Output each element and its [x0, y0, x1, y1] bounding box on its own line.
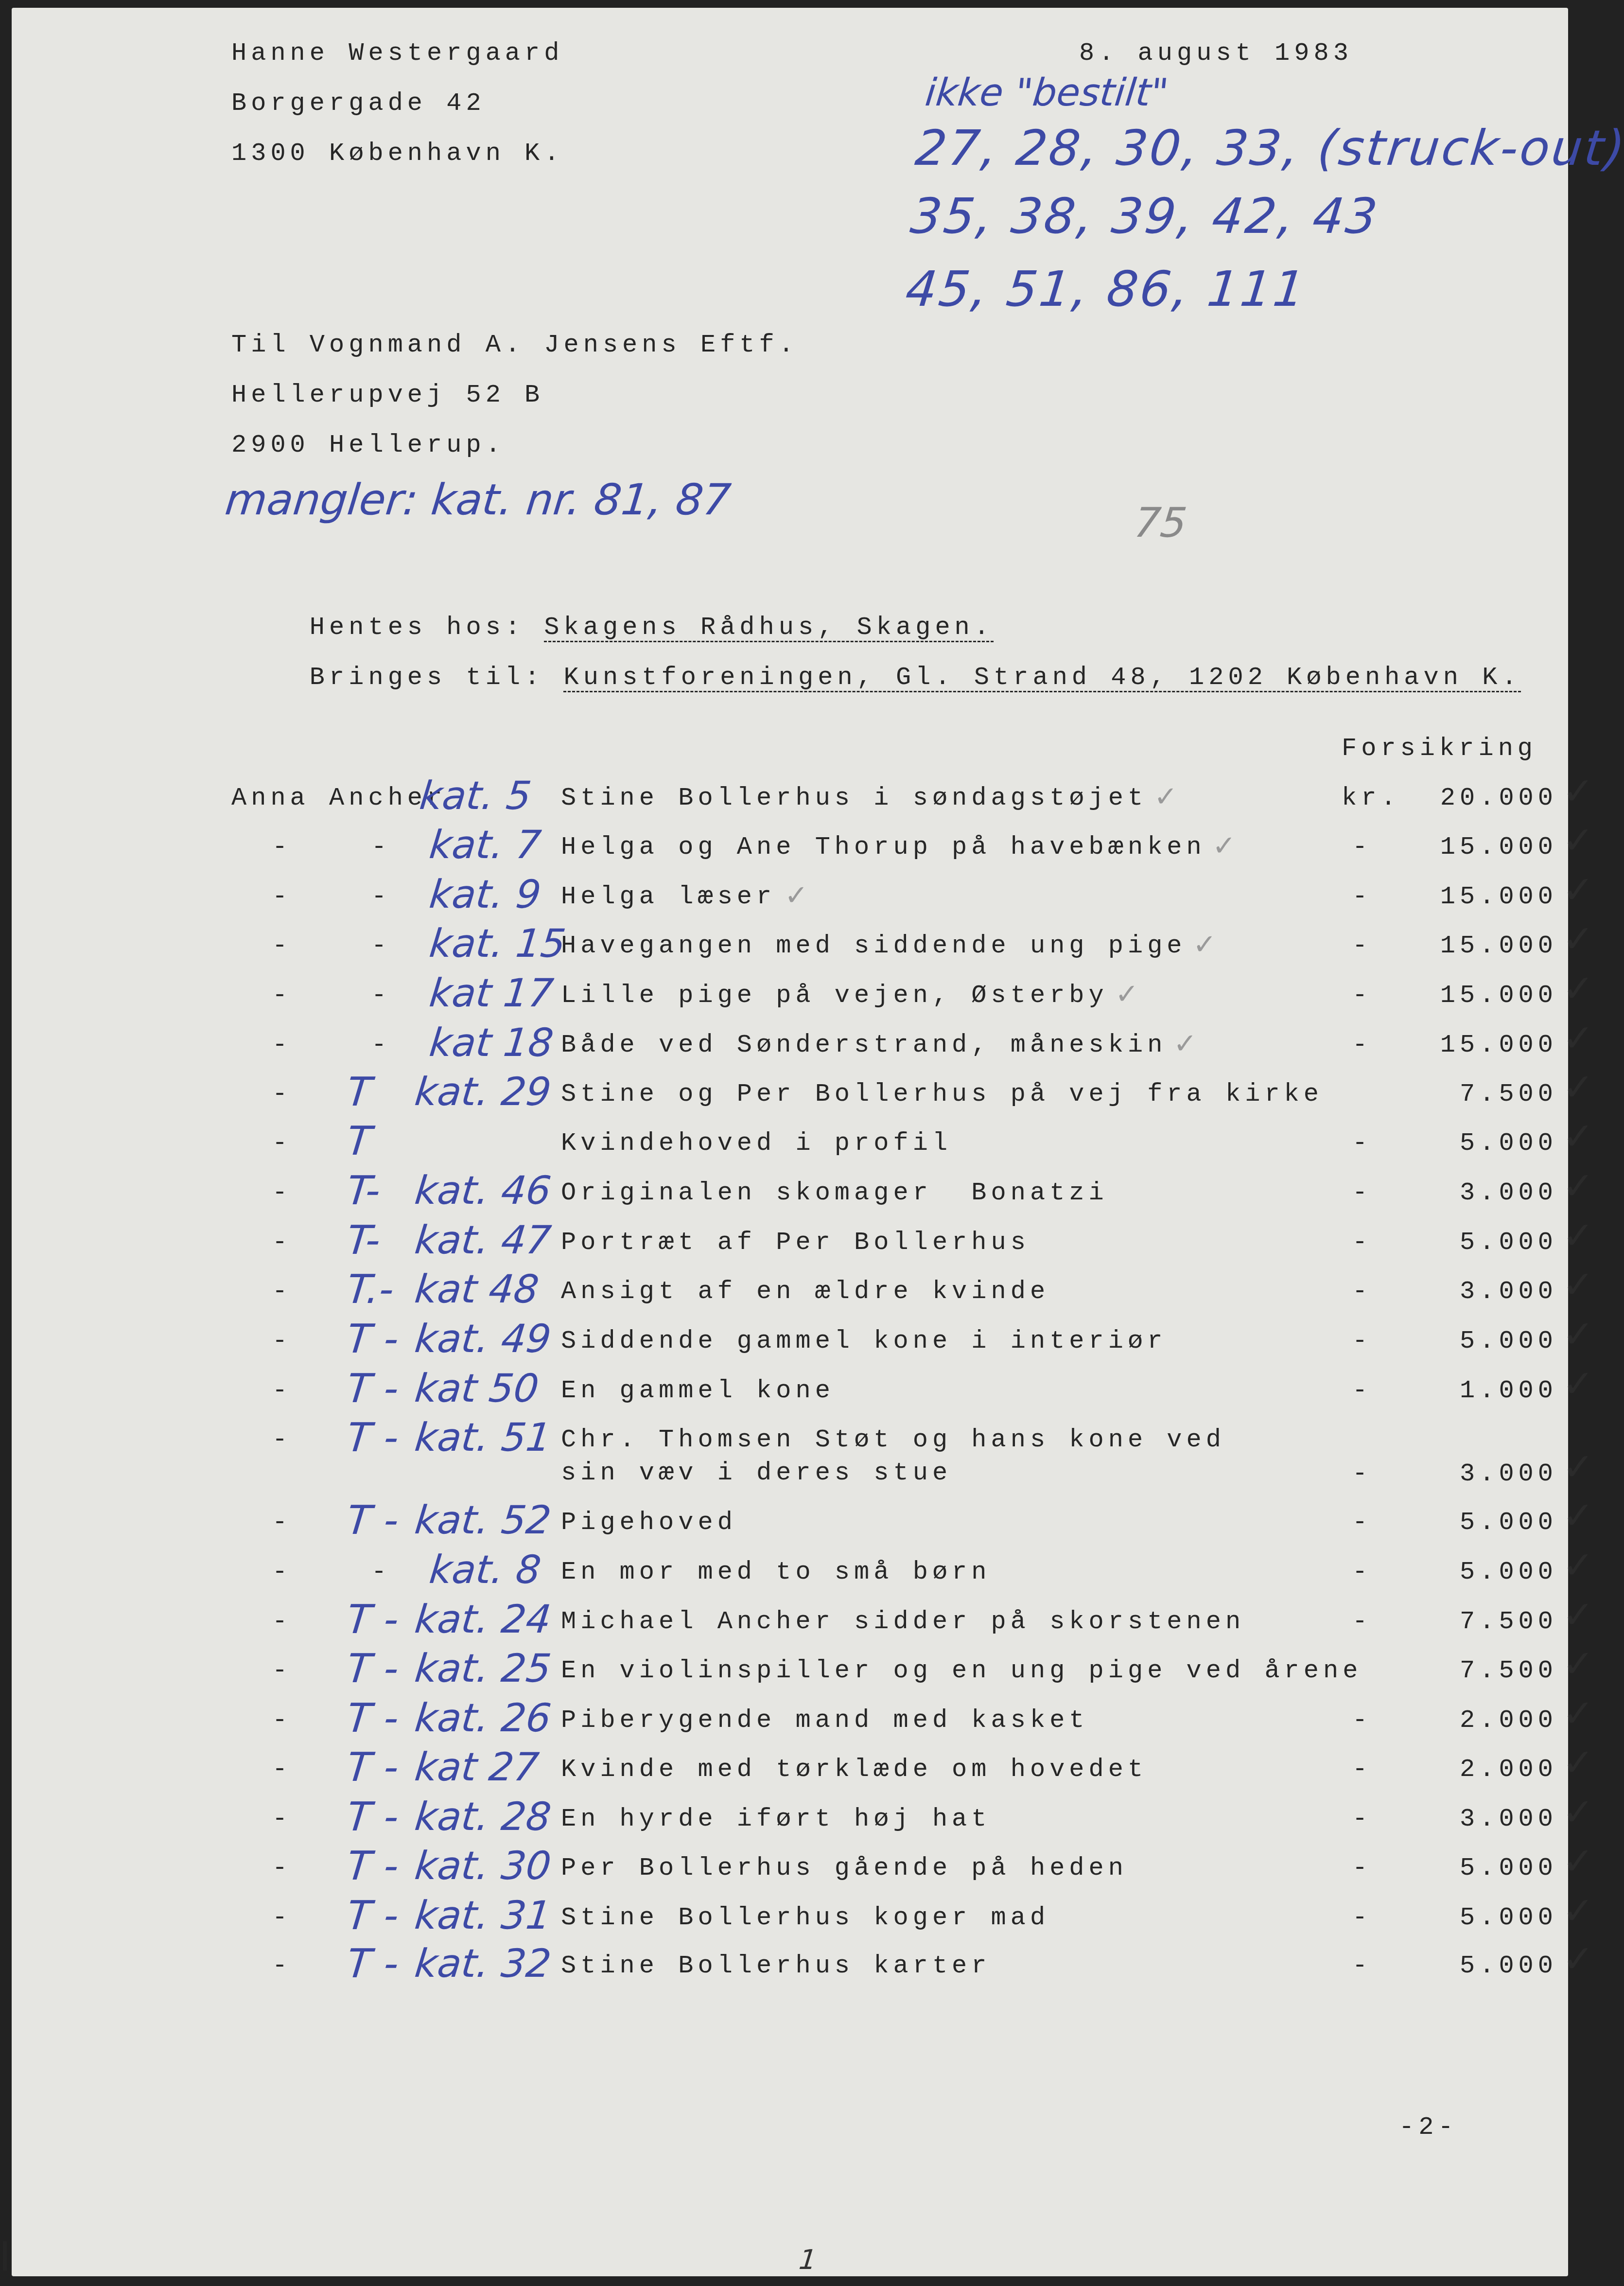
ditto-dash: - [371, 833, 391, 862]
insurance-amount: 5.000 [1397, 1228, 1557, 1257]
handwritten-t-mark: T - [345, 1366, 401, 1412]
insurance-amount: 5.000 [1397, 1952, 1557, 1981]
ditto-dash: - [1352, 1460, 1372, 1489]
ditto-dash: - [272, 1952, 292, 1981]
sender-name: Hanne Westergaard [231, 39, 564, 68]
insurance-amount: 5.000 [1397, 1508, 1557, 1537]
handwritten-t-mark: T- [345, 1168, 383, 1214]
check-icon: ✓ [1562, 826, 1594, 855]
ditto-dash: - [1352, 1228, 1372, 1257]
check-icon: ✓ [1562, 1551, 1594, 1580]
pencil-check-icon: ✓ [1154, 782, 1178, 811]
handwritten-catalogue-number: kat. 49 [413, 1316, 553, 1361]
ditto-dash: - [272, 1706, 292, 1735]
insurance-amount: 3.000 [1397, 1178, 1557, 1208]
delivery-label: Bringes til: [310, 663, 544, 692]
handwritten-numbers-line-1: 27, 28, 30, 33, (struck-out) [913, 120, 1624, 176]
insurance-amount: 7.500 [1397, 1607, 1557, 1636]
ditto-dash: - [1352, 1805, 1372, 1834]
handwritten-t-mark: T - [345, 1794, 401, 1840]
ditto-dash: - [1352, 882, 1372, 912]
handwritten-catalogue-number: kat. 15 [427, 921, 568, 966]
ditto-dash: - [272, 981, 292, 1010]
insurance-amount: 15.000 [1397, 833, 1557, 862]
handwritten-catalogue-number: kat. 52 [413, 1497, 553, 1543]
ditto-dash: - [272, 1080, 292, 1109]
handwritten-t-mark: T - [345, 1695, 401, 1741]
ditto-dash: - [1352, 1558, 1372, 1587]
handwritten-catalogue-number: kat. 8 [427, 1547, 543, 1592]
handwritten-t-mark: T - [345, 1597, 401, 1643]
insurance-amount: 2.000 [1397, 1706, 1557, 1735]
insurance-amount: 15.000 [1397, 882, 1557, 912]
artist-name: Anna Ancher [231, 784, 446, 813]
ditto-dash: - [371, 981, 391, 1010]
pencil-check-icon: ✓ [1193, 930, 1217, 959]
check-icon: ✓ [1562, 1073, 1594, 1102]
artwork-title: Portræt af Per Bollerhus [561, 1228, 1030, 1257]
ditto-dash: - [272, 1854, 292, 1883]
check-icon: ✓ [1562, 1699, 1594, 1728]
ditto-dash: - [272, 1508, 292, 1537]
ditto-dash: - [1352, 1178, 1372, 1208]
delivery-line: Bringes til: Kunstforeningen, Gl. Strand… [231, 634, 1521, 721]
handwritten-t-mark: T.- [345, 1266, 396, 1313]
ditto-dash: - [272, 1277, 292, 1306]
recipient-street: Hellerupvej 52 B [231, 381, 544, 410]
check-icon: ✓ [1562, 1172, 1594, 1201]
artwork-title: Kvindehoved i profil [561, 1129, 952, 1158]
ditto-dash: - [272, 1178, 292, 1208]
handwritten-t-mark: T - [345, 1744, 401, 1791]
handwritten-numbers-line-2: 35, 38, 39, 42, 43 [908, 188, 1382, 245]
handwritten-catalogue-number: kat. 26 [413, 1695, 553, 1741]
ditto-dash: - [272, 1327, 292, 1356]
handwritten-catalogue-number: kat 50 [413, 1366, 541, 1411]
handwritten-catalogue-number: kat. 24 [413, 1597, 553, 1642]
check-icon: ✓ [1562, 1453, 1594, 1482]
delivery-location: Kunstforeningen, Gl. Strand 48, 1202 Køb… [564, 663, 1521, 692]
pencil-check-icon: ✓ [1212, 831, 1236, 860]
ditto-dash: - [272, 1558, 292, 1587]
handwritten-numbers-line-3: 45, 51, 86, 111 [903, 261, 1310, 317]
ditto-dash: - [272, 882, 292, 912]
insurance-amount: 5.000 [1397, 1903, 1557, 1933]
handwritten-catalogue-number: kat 18 [427, 1020, 556, 1065]
artwork-title: En violinspiller og en ung pige ved åren… [561, 1656, 1362, 1686]
artwork-title: Pigehoved [561, 1508, 737, 1537]
letter-date: 8. august 1983 [1079, 39, 1353, 68]
ditto-dash: - [1352, 1376, 1372, 1406]
ditto-dash: - [1352, 1129, 1372, 1158]
artwork-title: Piberygende mand med kasket [561, 1706, 1089, 1735]
handwritten-catalogue-number: kat. 31 [413, 1893, 553, 1938]
ditto-dash: - [371, 932, 391, 961]
handwritten-catalogue-number: kat. 25 [413, 1646, 553, 1691]
letter-page: Hanne Westergaard Borgergade 42 1300 Køb… [12, 8, 1568, 2276]
ditto-dash: - [272, 1755, 292, 1784]
check-icon: ✓ [1562, 1798, 1594, 1827]
handwritten-catalogue-number: kat. 30 [413, 1843, 553, 1888]
artwork-title: Både ved Sønderstrand, måneskin [561, 1031, 1167, 1060]
insurance-amount: 5.000 [1397, 1327, 1557, 1356]
ditto-dash: - [371, 1558, 391, 1587]
artwork-title: Per Bollerhus gående på heden [561, 1854, 1128, 1883]
artwork-title: En hyrde iført høj hat [561, 1805, 991, 1834]
handwritten-t-mark: T - [345, 1646, 401, 1692]
insurance-amount: 5.000 [1397, 1129, 1557, 1158]
insurance-amount: 15.000 [1397, 981, 1557, 1010]
check-icon: ✓ [1562, 1270, 1594, 1300]
ditto-dash: - [1352, 1952, 1372, 1981]
handwritten-t-mark: T - [345, 1843, 401, 1889]
ditto-dash: - [1352, 1755, 1372, 1784]
artwork-title-continued: sin væv i deres stue [561, 1459, 952, 1488]
ditto-dash: - [272, 1425, 292, 1455]
ditto-dash: - [272, 1656, 292, 1686]
check-icon: ✓ [1562, 1370, 1594, 1399]
artwork-title: Stine Bollerhus karter [561, 1952, 991, 1981]
artwork-title: Siddende gammel kone i interiør [561, 1327, 1167, 1356]
check-icon: ✓ [1562, 1221, 1594, 1250]
recipient-city: 2900 Hellerup. [231, 431, 505, 460]
insurance-amount: 3.000 [1397, 1460, 1557, 1489]
recipient-name: Til Vognmand A. Jensens Eftf. [231, 331, 798, 360]
handwritten-missing-note: mangler: kat. nr. 81, 87 [223, 475, 733, 525]
insurance-amount: 20.000 [1397, 784, 1557, 813]
check-icon: ✓ [1562, 1748, 1594, 1777]
handwritten-catalogue-number: kat. 28 [413, 1794, 553, 1839]
handwritten-t-mark: T [345, 1069, 374, 1115]
artwork-title: En mor med to små børn [561, 1558, 991, 1587]
check-icon: ✓ [1562, 1897, 1594, 1926]
pencil-check-icon: ✓ [1115, 979, 1139, 1008]
handwritten-catalogue-number: kat. 29 [413, 1069, 553, 1114]
ditto-dash: - [1352, 1508, 1372, 1537]
ditto-dash: - [1352, 1277, 1372, 1306]
check-icon: ✓ [1562, 1650, 1594, 1679]
ditto-dash: - [272, 1607, 292, 1636]
artwork-title: Chr. Thomsen Støt og hans kone ved [561, 1425, 1225, 1455]
ditto-dash: - [1352, 1854, 1372, 1883]
pencil-check-icon: ✓ [785, 880, 808, 910]
ditto-dash: - [272, 932, 292, 961]
handwritten-catalogue-number: kat. 47 [413, 1217, 553, 1263]
insurance-column-header: Forsikring [1342, 734, 1537, 763]
artwork-title: Kvinde med tørklæde om hovedet [561, 1755, 1147, 1784]
insurance-amount: 3.000 [1397, 1805, 1557, 1834]
artwork-title: Stine Bollerhus koger mad [561, 1903, 1049, 1933]
artwork-title: Stine og Per Bollerhus på vej fra kirke [561, 1080, 1323, 1109]
handwritten-catalogue-number: kat. 46 [413, 1168, 553, 1213]
handwritten-catalogue-number: kat 48 [413, 1266, 541, 1312]
handwritten-catalogue-number: kat. 7 [427, 822, 543, 867]
currency-label: kr. [1342, 784, 1400, 813]
handwritten-catalogue-number: kat 17 [427, 970, 556, 1016]
handwritten-t-mark: T [345, 1118, 374, 1164]
handwritten-catalogue-number: kat. 32 [413, 1941, 553, 1986]
pencil-note: 75 [1132, 499, 1189, 546]
ditto-dash: - [272, 1903, 292, 1933]
insurance-amount: 5.000 [1397, 1558, 1557, 1587]
insurance-amount: 15.000 [1397, 1031, 1557, 1060]
check-icon: ✓ [1562, 1501, 1594, 1530]
artwork-title: Originalen skomager Bonatzi [561, 1178, 1108, 1208]
ditto-dash: - [371, 882, 391, 912]
sender-city: 1300 København K. [231, 139, 564, 168]
artwork-title: Helga læser [561, 882, 776, 912]
artwork-title: Helga og Ane Thorup på havebænken [561, 833, 1206, 862]
ditto-dash: - [1352, 1327, 1372, 1356]
artwork-title: En gammel kone [561, 1376, 835, 1406]
ditto-dash: - [272, 1376, 292, 1406]
ditto-dash: - [1352, 981, 1372, 1010]
handwritten-catalogue-number: kat. 51 [413, 1415, 553, 1460]
ditto-dash: - [272, 1129, 292, 1158]
insurance-amount: 1.000 [1397, 1376, 1557, 1406]
ditto-dash: - [1352, 1903, 1372, 1933]
pencil-check-icon: ✓ [1173, 1029, 1197, 1058]
ditto-dash: - [1352, 1706, 1372, 1735]
check-icon: ✓ [1562, 1024, 1594, 1053]
insurance-amount: 7.500 [1397, 1080, 1557, 1109]
ditto-dash: - [371, 1031, 391, 1060]
sender-street: Borgergade 42 [231, 89, 486, 118]
handwritten-catalogue-number: kat. 5 [418, 773, 533, 818]
handwritten-t-mark: T - [345, 1893, 401, 1939]
artwork-title: Havegangen med siddende ung pige [561, 932, 1187, 961]
insurance-amount: 15.000 [1397, 932, 1557, 961]
artwork-title: Lille pige på vejen, Østerby [561, 981, 1108, 1010]
insurance-amount: 3.000 [1397, 1277, 1557, 1306]
check-icon: ✓ [1562, 1122, 1594, 1151]
ditto-dash: - [272, 1805, 292, 1834]
artwork-title: Michael Ancher sidder på skorstenen [561, 1607, 1245, 1636]
binding-mark [3, 2241, 7, 2270]
check-icon: ✓ [1562, 1847, 1594, 1876]
handwritten-catalogue-number: kat. 9 [427, 872, 543, 917]
check-icon: ✓ [1562, 777, 1594, 806]
check-icon: ✓ [1562, 1600, 1594, 1630]
check-icon: ✓ [1562, 1945, 1594, 1974]
handwritten-t-mark: T - [345, 1941, 401, 1987]
ditto-dash: - [1352, 833, 1372, 862]
page-number: -2- [1399, 2113, 1458, 2142]
handwritten-t-mark: T - [345, 1316, 401, 1362]
artwork-title: Ansigt af en ældre kvinde [561, 1277, 1049, 1306]
artwork-title: Stine Bollerhus i søndagstøjet [561, 784, 1147, 813]
ditto-dash: - [272, 833, 292, 862]
bottom-pencil-mark: 1 [798, 2244, 818, 2276]
handwritten-catalogue-number: kat 27 [413, 1744, 541, 1790]
insurance-amount: 5.000 [1397, 1854, 1557, 1883]
handwritten-t-mark: T - [345, 1497, 401, 1544]
check-icon: ✓ [1562, 974, 1594, 1003]
insurance-amount: 2.000 [1397, 1755, 1557, 1784]
handwritten-not-ordered-note: ikke "bestilt" [923, 71, 1170, 115]
check-icon: ✓ [1562, 876, 1594, 905]
ditto-dash: - [1352, 1607, 1372, 1636]
handwritten-t-mark: T- [345, 1217, 383, 1264]
ditto-dash: - [272, 1031, 292, 1060]
ditto-dash: - [272, 1228, 292, 1257]
insurance-amount: 7.500 [1397, 1656, 1557, 1686]
ditto-dash: - [1352, 1031, 1372, 1060]
check-icon: ✓ [1562, 925, 1594, 954]
ditto-dash: - [1352, 932, 1372, 961]
check-icon: ✓ [1562, 1320, 1594, 1349]
handwritten-t-mark: T - [345, 1415, 401, 1461]
